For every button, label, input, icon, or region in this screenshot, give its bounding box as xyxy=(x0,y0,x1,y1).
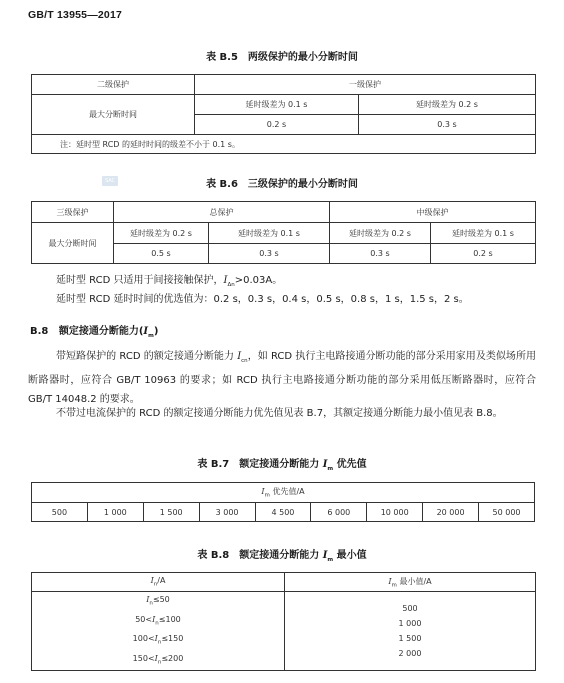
b7-value: 1 000 xyxy=(87,503,143,522)
paragraph-short-circuit-rcd: 带短路保护的 RCD 的额定接通分断能力 Icn，如 RCD 执行主电路接通分断… xyxy=(28,347,536,409)
b7-value: 1 500 xyxy=(143,503,199,522)
b7-value: 6 000 xyxy=(311,503,367,522)
b5-sub-header: 延时级差为 0.2 s xyxy=(359,95,536,115)
b5-row-label: 最大分断时间 xyxy=(32,95,195,135)
table-b7-caption: 表 B.7 额定接通分断能力 Im 优先值 xyxy=(0,455,564,472)
b6-col1-header: 三级保护 xyxy=(32,202,114,223)
b6-sub-header: 延时级差为 0.1 s xyxy=(209,223,330,244)
b7-value: 4 500 xyxy=(255,503,311,522)
b5-col1-header: 二级保护 xyxy=(32,75,195,95)
b8-range: 100<In≤150 xyxy=(32,631,284,651)
b6-sub-header: 延时级差为 0.1 s xyxy=(431,223,536,244)
b6-group-header: 中级保护 xyxy=(330,202,536,223)
b8-value: 500 xyxy=(285,601,535,616)
b5-value: 0.3 s xyxy=(359,115,536,135)
b6-value: 0.3 s xyxy=(330,244,431,264)
table-b5: 二级保护 一级保护 最大分断时间 延时级差为 0.1 s 延时级差为 0.2 s… xyxy=(31,74,536,154)
b6-group-header: 总保护 xyxy=(114,202,330,223)
table-b6: 三级保护 总保护 中级保护 最大分断时间 延时级差为 0.2 s 延时级差为 0… xyxy=(31,201,536,264)
b5-sub-header: 延时级差为 0.1 s xyxy=(195,95,359,115)
b5-group-header: 一级保护 xyxy=(195,75,536,95)
table-b6-caption: 表 B.6 三级保护的最小分断时间 xyxy=(0,175,564,190)
b8-range: In≤50 xyxy=(32,592,284,612)
b7-value: 500 xyxy=(32,503,88,522)
table-b5-caption: 表 B.5 两级保护的最小分断时间 xyxy=(0,48,564,63)
b8-col2-header: Im 最小值/A xyxy=(285,573,536,592)
b5-note: 注：延时型 RCD 的延时时间的级差不小于 0.1 s。 xyxy=(32,135,536,154)
b8-range: 150<In≤200 xyxy=(32,651,284,671)
section-b8-heading: B.8 额定接通分断能力(Im) xyxy=(30,322,158,339)
b8-range: 50<In≤100 xyxy=(32,612,284,632)
b8-range-cell: In≤50 50<In≤100 100<In≤150 150<In≤200 xyxy=(32,592,285,671)
table-b8: In/A Im 最小值/A In≤50 50<In≤100 100<In≤150… xyxy=(31,572,536,671)
b7-value: 3 000 xyxy=(199,503,255,522)
b6-value: 0.5 s xyxy=(114,244,209,264)
b6-sub-header: 延时级差为 0.2 s xyxy=(114,223,209,244)
b7-value: 50 000 xyxy=(479,503,535,522)
b6-sub-header: 延时级差为 0.2 s xyxy=(330,223,431,244)
b6-value: 0.3 s xyxy=(209,244,330,264)
b5-value: 0.2 s xyxy=(195,115,359,135)
b7-header: Im 优先值/A xyxy=(32,483,535,503)
b8-col1-header: In/A xyxy=(32,573,285,592)
b7-value: 20 000 xyxy=(423,503,479,522)
table-b8-caption: 表 B.8 额定接通分断能力 Im 最小值 xyxy=(0,546,564,563)
b7-value: 10 000 xyxy=(367,503,423,522)
b8-value: 1 500 xyxy=(285,631,535,646)
paragraph-no-overcurrent-rcd: 不带过电流保护的 RCD 的额定接通分断能力优先值见表 B.7，其额定接通分断能… xyxy=(28,404,536,423)
paragraph-delay-preferred-values: 延时型 RCD 延时时间的优选值为：0.2 s，0.3 s，0.4 s，0.5 … xyxy=(56,290,564,309)
b6-value: 0.2 s xyxy=(431,244,536,264)
b8-value-cell: 500 1 000 1 500 2 000 xyxy=(285,592,536,671)
b8-value: 2 000 xyxy=(285,646,535,661)
b8-value: 1 000 xyxy=(285,616,535,631)
standard-code: GB/T 13955—2017 xyxy=(28,9,122,21)
b6-row-label: 最大分断时间 xyxy=(32,223,114,264)
table-b7: Im 优先值/A 500 1 000 1 500 3 000 4 500 6 0… xyxy=(31,482,535,522)
